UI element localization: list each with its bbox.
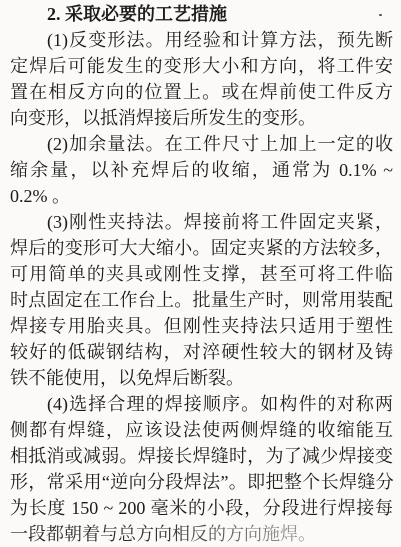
paragraph-1-line: 置在相反方向的位置上。或在焊前使工件反方 [10,79,393,105]
scan-artifact-dot [379,14,382,16]
scanned-document-page: 2. 采取必要的工艺措施 (1)反变形法。用经验和计算方法，预先断 定焊后可能发… [0,0,401,547]
paragraph-3-line: 焊接专用胎夹具。但刚性夹持法只适用于塑性 [10,313,393,339]
paragraph-3-line: 铁不能使用，以免焊后断裂。 [10,365,393,391]
paragraph-1-line: 定焊后可能发生的变形大小和方向，将工件安 [10,53,393,79]
paragraph-3-line: 较好的低碳钢结构，对淬硬性较大的钢材及铸 [10,339,393,365]
paragraph-4-line: 侧都有焊缝，应该设法使两侧焊缝的收缩能互 [10,417,393,443]
paragraph-4-line: 为长度 150 ~ 200 毫米的小段，分段进行焊接每 [10,495,393,521]
paragraph-2-line: 缩余量，以补充焊后的收缩，通常为 0.1% ~ [10,157,393,183]
paragraph-4-line: 相抵消或减弱。焊接长焊缝时，为了减少焊接变 [10,443,393,469]
paragraph-1-line: (1)反变形法。用经验和计算方法，预先断 [10,27,393,53]
section-heading: 2. 采取必要的工艺措施 [10,1,393,27]
paragraph-3-line: 时点固定在工作台上。批量生产时，则常用装配 [10,287,393,313]
paragraph-4-line: 形，常采用“逆向分段焊法”。即把整个长焊缝分 [10,469,393,495]
paragraph-3-line: 可用简单的夹具或刚性支撑，甚至可将工件临 [10,261,393,287]
paragraph-1-line: 向变形，以抵消焊接后所发生的变形。 [10,105,393,131]
paragraph-4-line: 一段都朝着与总方向相反的方向施焊。 [10,521,393,547]
paragraph-4-line: (4)选择合理的焊接顺序。如构件的对称两 [10,391,393,417]
paragraph-2-line: 0.2% 。 [10,183,393,209]
paragraph-2-line: (2)加余量法。在工件尺寸上加上一定的收 [10,131,393,157]
paragraph-3-line: 焊后的变形可大大缩小。固定夹紧的方法较多， [10,235,393,261]
paragraph-3-line: (3)刚性夹持法。焊接前将工件固定夹紧， [10,209,393,235]
